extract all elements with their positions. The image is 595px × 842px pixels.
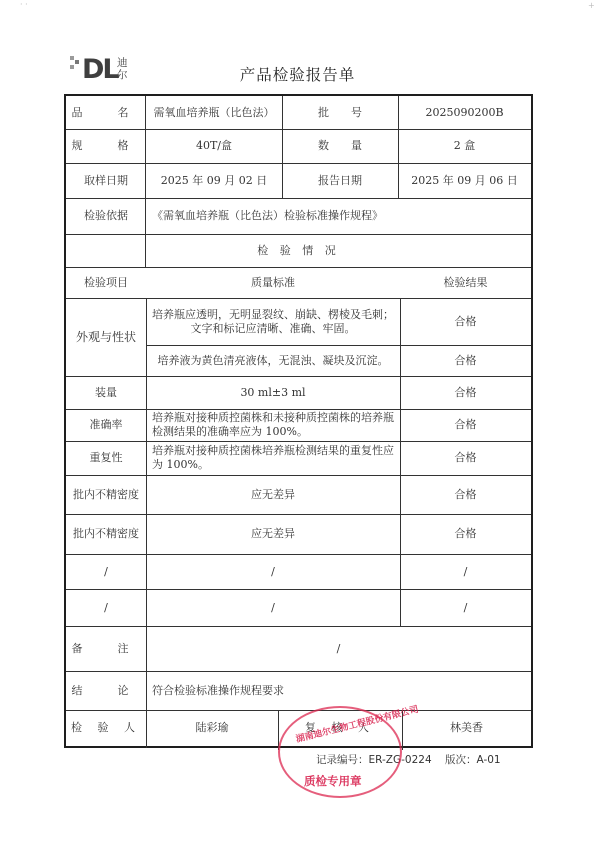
value-inspector: 陆彩瑜: [146, 710, 278, 746]
item-name: 批内不精密度: [70, 514, 142, 554]
version-number: 版次：A-01: [445, 752, 501, 767]
item-name: /: [66, 554, 146, 589]
section-title: 检 验 情 况: [66, 234, 531, 267]
value-batch-no: 2025090200B: [398, 96, 531, 129]
value-remarks: /: [146, 626, 531, 671]
item-result: 合格: [400, 475, 531, 514]
label-report-date: 报告日期: [282, 163, 398, 198]
item-result: /: [400, 589, 531, 626]
item-standard: 培养液为黄色清亮液体，无混浊、凝块及沉淀。: [148, 345, 398, 376]
record-number: 记录编号：ER-ZG-0224: [316, 752, 432, 767]
scan-mark: · ·: [20, 0, 28, 9]
scan-mark: +: [588, 1, 595, 10]
value-report-date: 2025 年 09 月 06 日: [398, 163, 531, 198]
item-name: 装量: [66, 376, 146, 409]
label-quantity: 数 量: [282, 129, 398, 163]
item-result: 合格: [400, 514, 531, 554]
label-reviewer: 复 核 人: [278, 710, 402, 746]
item-name-appearance: 外观与性状: [66, 298, 146, 376]
item-result: 合格: [400, 409, 531, 441]
label-sampling-date: 取样日期: [66, 163, 146, 198]
item-result: 合格: [400, 376, 531, 409]
value-spec: 40T/盒: [146, 129, 282, 163]
report-table: 品 名 需氧血培养瓶（比色法） 批 号 2025090200B 规 格 40T/…: [64, 94, 533, 748]
item-standard: 培养瓶对接种质控菌株和未接种质控菌株的培养瓶检测结果的准确率应为 100%。: [146, 409, 400, 441]
col-header-result: 检验结果: [400, 267, 531, 298]
value-reviewer: 林美香: [402, 710, 531, 746]
item-result: /: [400, 554, 531, 589]
item-name: 批内不精密度: [70, 475, 142, 514]
value-sampling-date: 2025 年 09 月 02 日: [146, 163, 282, 198]
item-standard: 应无差异: [146, 514, 400, 554]
label-inspector: 检 验 人: [66, 710, 146, 746]
label-batch-no: 批 号: [282, 96, 398, 129]
label-remarks: 备 注: [66, 626, 146, 671]
value-product-name: 需氧血培养瓶（比色法）: [146, 96, 282, 129]
col-header-item: 检验项目: [66, 267, 146, 298]
item-name: /: [66, 589, 146, 626]
label-basis: 检验依据: [66, 198, 146, 234]
item-result: 合格: [400, 298, 531, 345]
item-standard: 30 ml±3 ml: [146, 376, 400, 409]
col-header-standard: 质量标准: [146, 267, 400, 298]
item-result: 合格: [400, 441, 531, 475]
item-standard: /: [146, 589, 400, 626]
document-title: 产品检验报告单: [0, 63, 595, 85]
item-name: 重复性: [66, 441, 146, 475]
item-name: 准确率: [66, 409, 146, 441]
item-standard: 应无差异: [146, 475, 400, 514]
item-standard: 培养瓶对接种质控菌株培养瓶检测结果的重复性应为 100%。: [146, 441, 400, 475]
stamp-bottom-text: 质检专用章: [304, 773, 362, 789]
value-basis: 《需氧血培养瓶（比色法）检验标准操作规程》: [146, 198, 531, 234]
item-standard: /: [146, 554, 400, 589]
value-quantity: 2 盒: [398, 129, 531, 163]
label-product-name: 品 名: [66, 96, 146, 129]
value-conclusion: 符合检验标准操作规程要求: [146, 671, 531, 710]
label-spec: 规 格: [66, 129, 146, 163]
label-conclusion: 结 论: [66, 671, 146, 710]
item-standard: 培养瓶应透明，无明显裂纹、崩缺、楞棱及毛刺；文字和标记应清晰、准确、牢固。: [148, 298, 398, 345]
item-result: 合格: [400, 345, 531, 376]
